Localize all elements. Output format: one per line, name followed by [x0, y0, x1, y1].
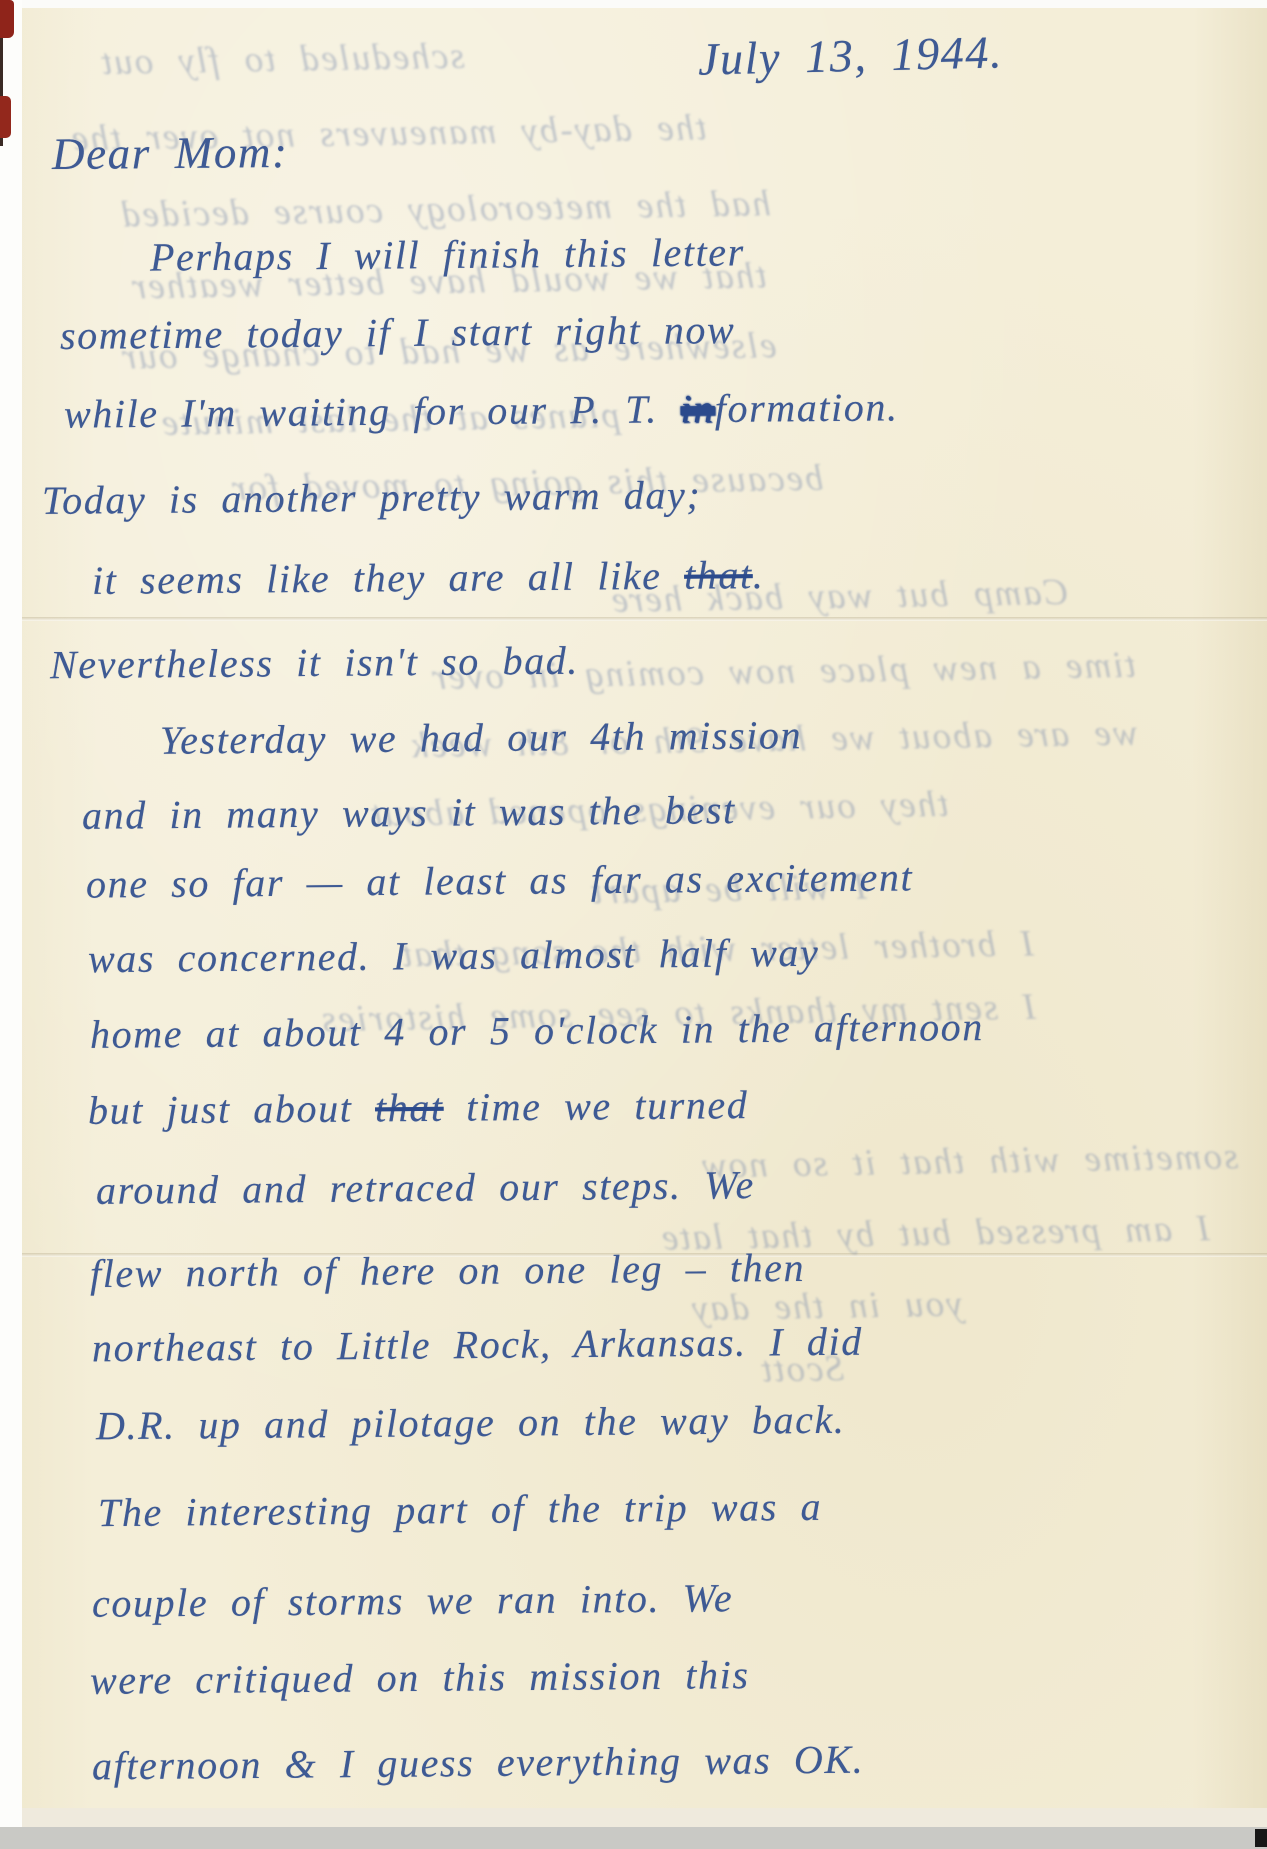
letter-line: Yesterday we had our 4th mission [160, 712, 803, 764]
letter-line: was concerned. I was almost half way [88, 930, 820, 982]
text-segment: formation. [715, 384, 899, 431]
letter-date: July 13, 1944. [697, 26, 1003, 86]
letter-line: it seems like they are all like that. [92, 552, 765, 604]
text-segment: but just about [88, 1085, 375, 1133]
struck-text: in [680, 386, 715, 431]
text-segment: it seems like they are all like [92, 553, 684, 603]
text-segment: . [753, 552, 765, 597]
text-segment: time we turned [443, 1082, 748, 1130]
letter-line: but just about that time we turned [88, 1082, 749, 1134]
text-segment: while I'm waiting for our P. T. [64, 386, 681, 436]
letter-line: afternoon & I guess everything was OK. [92, 1737, 865, 1790]
red-ink-mark [0, 96, 11, 138]
red-ink-mark [0, 0, 14, 38]
letter-line: The interesting part of the trip was a [98, 1484, 822, 1536]
bleedthrough-line: scheduled to fly out [100, 35, 465, 84]
paper-bottom-edge [22, 1808, 1267, 1827]
letter-line: Nevertheless it isn't so bad. [50, 638, 579, 689]
scan-corner-mark [1255, 1829, 1267, 1847]
struck-text: that [375, 1085, 444, 1131]
struck-text: that [684, 552, 753, 598]
letter-line: and in many ways it was the best [82, 787, 736, 839]
letter-line: sometime today if I start right now [60, 307, 736, 359]
letter-line: home at about 4 or 5 o'clock in the afte… [90, 1004, 984, 1058]
letter-line: Perhaps I will finish this letter [150, 229, 745, 280]
letter-line: one so far — at least as far as exciteme… [86, 854, 914, 907]
scan-edge-left [0, 0, 22, 1849]
scanned-letter-page: { "letter": { "date": "July 13, 1944.", … [0, 0, 1267, 1849]
letter-line: around and retraced our steps. We [96, 1162, 755, 1214]
scan-edge-top [0, 0, 1267, 8]
scan-band-bottom [0, 1827, 1267, 1849]
letter-line: D.R. up and pilotage on the way back. [96, 1397, 846, 1450]
letter-line: while I'm waiting for our P. T. informat… [64, 384, 899, 437]
letter-line: couple of storms we ran into. We [92, 1575, 734, 1627]
letter-line: were critiqued on this mission this [90, 1652, 750, 1704]
letter-line: Today is another pretty warm day; [42, 472, 702, 524]
letter-line: northeast to Little Rock, Arkansas. I di… [92, 1319, 863, 1372]
letter-line: flew north of here on one leg – then [90, 1245, 806, 1297]
letter-salutation: Dear Mom: [52, 127, 289, 181]
